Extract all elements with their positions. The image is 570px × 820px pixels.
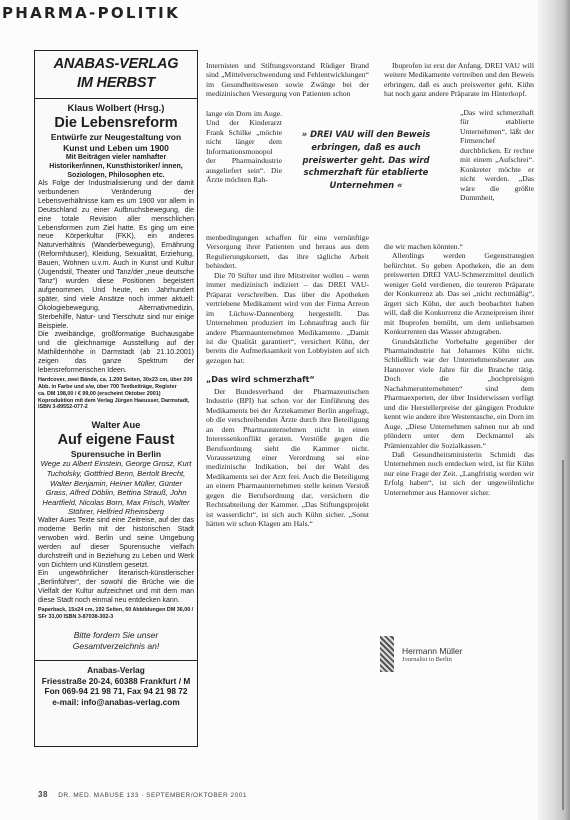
article-col2-top: Internisten und Stiftungsvorstand Rüdige… — [206, 61, 369, 99]
book1-contributors: Mit Beiträgen vieler namhafter Historike… — [38, 153, 194, 180]
page-number: 38 — [38, 790, 48, 799]
book2-title: Auf eigene Faust — [38, 432, 194, 449]
paragraph: Daß Gesundheitsministerin Schmidt das Un… — [384, 450, 534, 497]
book2-names: Wege zu Albert Einstein, George Grosz, K… — [38, 459, 194, 517]
book2-description: Walter Aues Texte sind eine Zeitreise, a… — [38, 517, 194, 570]
pull-quote: » DREI VAU will den Beweis erbringen, da… — [286, 128, 446, 192]
catalog-request: Bitte fordern Sie unser Gesamtverzeichni… — [38, 630, 194, 652]
book1-description: Als Folge der Industrialisierung und der… — [38, 180, 194, 331]
paragraph: Internisten und Stiftungsvorstand Rüdige… — [206, 61, 369, 99]
book2-author: Walter Aue — [38, 420, 194, 432]
divider — [35, 660, 197, 661]
book1-subtitle: Entwürfe zur Neugestaltung von Kunst und… — [38, 132, 194, 153]
article-col3-wrap: „Das wird schmerzhaft für etablierte Unt… — [460, 108, 534, 203]
page-gutter-shadow — [538, 0, 570, 820]
divider — [35, 98, 197, 99]
paragraph: die wir machen könnten.“ — [384, 242, 534, 251]
advertisement-box: ANABAS-VERLAG IM HERBST Klaus Wolbert (H… — [34, 50, 198, 747]
author-role: Journalist in Berlin — [402, 656, 462, 663]
publisher-address: Friesstraße 20-24, 60388 Frankfurt / M — [38, 676, 194, 687]
book2-specs: Paperback, 15x24 cm, 192 Seiten, 60 Abbi… — [38, 607, 194, 620]
publisher-email[interactable]: e-mail: info@anabas-verlag.com — [38, 697, 194, 708]
publisher-name: Anabas-Verlag — [38, 665, 194, 676]
article-col3-top: Ibuprofen ist erst der Anfang. DREI VAU … — [384, 61, 534, 99]
paragraph: lange ein Dorn im Auge. Und der Kinderar… — [206, 109, 282, 185]
paragraph: „Das wird schmerzhaft für etablierte Unt… — [460, 108, 534, 203]
article-col2-main: menbedingungen schaffen für eine vernünf… — [206, 233, 369, 529]
paragraph: Der Bundesverband der Pharmazeutischen I… — [206, 387, 369, 529]
issue-info: DR. MED. MABUSE 133 · SEPTEMBER/OKTOBER … — [58, 792, 247, 799]
book1-description-2: Die zweibändige, großformatige Buchausga… — [38, 331, 194, 376]
ad-title-line2: IM HERBST — [38, 74, 194, 93]
paragraph: Grundsätzliche Vorbehalte gegenüber der … — [384, 337, 534, 450]
book1-specs: Hardcover, zwei Bände, ca. 1.200 Seiten,… — [38, 377, 194, 390]
author-name: Hermann Müller — [402, 646, 462, 656]
author-photo — [380, 636, 394, 672]
author-byline: Hermann Müller Journalist in Berlin — [380, 636, 462, 672]
paragraph: Die 70 Stifter und ihre Mitstreiter woll… — [206, 271, 369, 366]
book1-title: Die Lebensreform — [38, 115, 194, 132]
page-footer: 38 DR. MED. MABUSE 133 · SEPTEMBER/OKTOB… — [38, 790, 247, 799]
section-heading: PHARMA-POLITIK — [2, 4, 180, 22]
article-col3-main: die wir machen könnten.“ Allerdings werd… — [384, 242, 534, 497]
publisher-phone: Fon 069-94 21 98 71, Fax 94 21 98 72 — [38, 686, 194, 697]
book2-subtitle: Spurensuche in Berlin — [38, 449, 194, 460]
paragraph: menbedingungen schaffen für eine vernünf… — [206, 233, 369, 271]
ad-title-line1: ANABAS-VERLAG — [38, 55, 194, 74]
article-subheading: „Das wird schmerzhaft“ — [206, 375, 369, 384]
article-col2-wrap: lange ein Dorn im Auge. Und der Kinderar… — [206, 109, 282, 185]
book2-description-2: Ein ungewöhnlicher literarisch-künstleri… — [38, 570, 194, 606]
book1-author: Klaus Wolbert (Hrsg.) — [38, 103, 194, 115]
book1-price: ca. DM 198,00 / € 99,00 (erscheint Oktob… — [38, 391, 194, 411]
paragraph: Ibuprofen ist erst der Anfang. DREI VAU … — [384, 61, 534, 99]
paragraph: Allerdings werden Gegenstrategien befürc… — [384, 251, 534, 336]
